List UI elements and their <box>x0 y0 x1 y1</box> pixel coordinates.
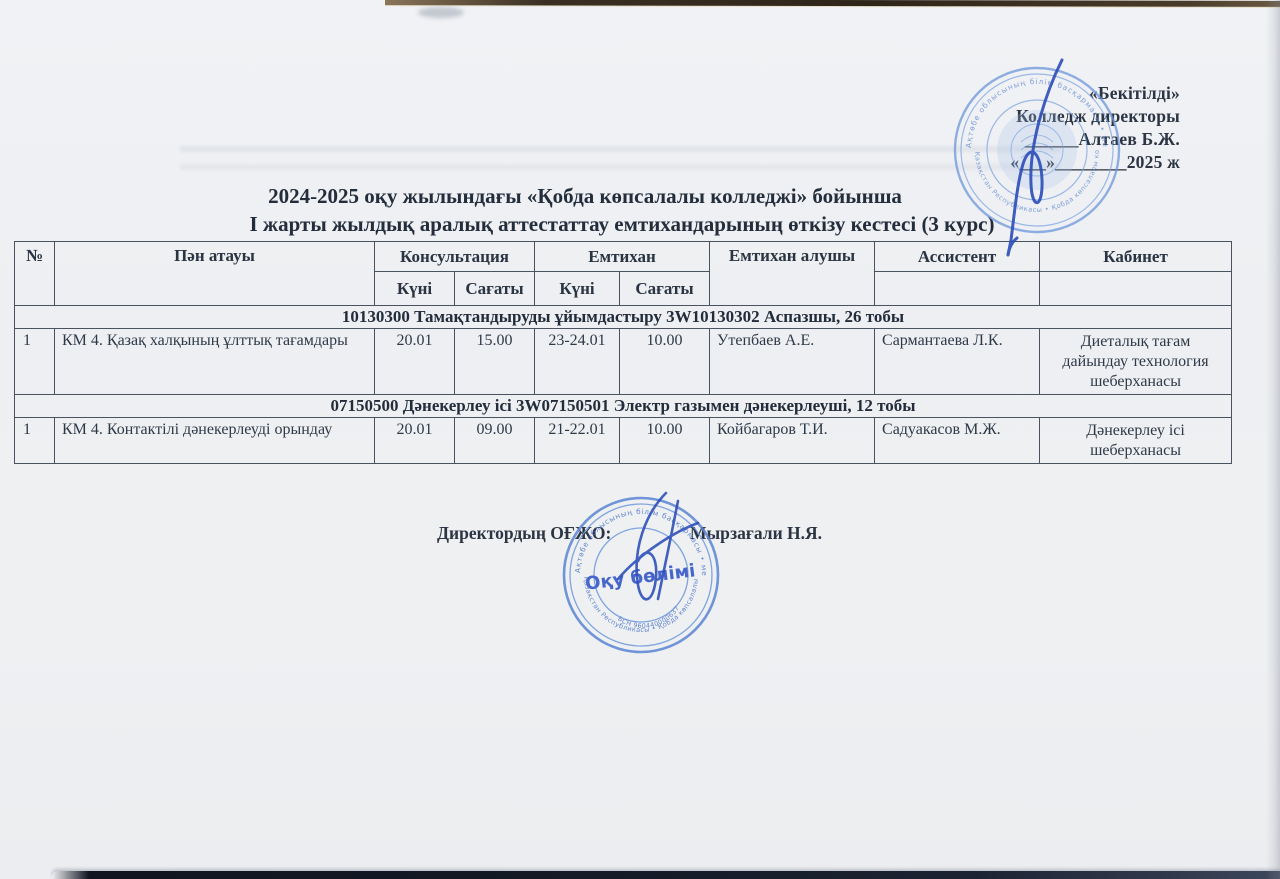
col-header-cons-hour: Сағаты <box>455 272 535 306</box>
page-fold-shadow <box>1266 0 1280 879</box>
cell-room: Дәнекерлеу ісі шеберханасы <box>1040 418 1232 464</box>
college-round-stamp: Ақтөбе облысының білім басқармасы • мемл… <box>935 52 1145 267</box>
cell-exam-hour: 10.00 <box>620 418 710 464</box>
stamp-bsn-text: БСН 960440000637 <box>616 604 681 630</box>
cell-examiner: Утепбаев А.Е. <box>710 329 875 395</box>
exam-schedule-table: № Пән атауы Консультация Емтихан Емтихан… <box>14 241 1232 464</box>
table-row: 1 КМ 4. Контактілі дәнекерлеуді орындау … <box>15 418 1232 464</box>
col-header-cons-day: Күні <box>375 272 455 306</box>
col-header-room-sub <box>1040 272 1232 306</box>
cell-cons-day: 20.01 <box>375 329 455 395</box>
cell-assistant: Сармантаева Л.К. <box>875 329 1040 395</box>
cell-cons-day: 20.01 <box>375 418 455 464</box>
col-header-num: № <box>15 242 55 306</box>
col-header-assistant-sub <box>875 272 1040 306</box>
col-header-exam: Емтихан <box>535 242 710 272</box>
svg-text:БСН 960440000637: БСН 960440000637 <box>616 604 681 630</box>
cell-exam-day: 21-22.01 <box>535 418 620 464</box>
cell-assistant: Садуакасов М.Ж. <box>875 418 1040 464</box>
cell-subject: КМ 4. Қазақ халқының ұлттық тағамдары <box>55 329 375 395</box>
section-band: 07150500 Дәнекерлеу ісі 3W07150501 Элект… <box>15 395 1232 418</box>
cell-subject: КМ 4. Контактілі дәнекерлеуді орындау <box>55 418 375 464</box>
cell-examiner: Койбагаров Т.И. <box>710 418 875 464</box>
cell-cons-hour: 15.00 <box>455 329 535 395</box>
cell-num: 1 <box>15 418 55 464</box>
table-row: 1 КМ 4. Қазақ халқының ұлттық тағамдары … <box>15 329 1232 395</box>
cell-cons-hour: 09.00 <box>455 418 535 464</box>
scanned-document-page: «Бекітілді» Колледж директоры ______Алта… <box>0 0 1280 879</box>
col-header-exam-hour: Сағаты <box>620 272 710 306</box>
cell-exam-hour: 10.00 <box>620 329 710 395</box>
photo-top-edge <box>385 0 1280 7</box>
cell-room: Диеталық тағам дайындау технология шебер… <box>1040 329 1232 395</box>
section-band: 10130300 Тамақтандыруды ұйымдастыру 3W10… <box>15 306 1232 329</box>
col-header-examiner: Емтихан алушы <box>710 242 875 306</box>
cell-num: 1 <box>15 329 55 395</box>
scan-smudge <box>418 7 464 18</box>
col-header-subject: Пән атауы <box>55 242 375 306</box>
ink-bleed-texture <box>180 138 1060 182</box>
cell-exam-day: 23-24.01 <box>535 329 620 395</box>
study-department-stamp: Ақтөбе облысының білім басқармасы • мемл… <box>548 487 738 662</box>
col-header-exam-day: Күні <box>535 272 620 306</box>
col-header-consultation: Консультация <box>375 242 535 272</box>
photo-bottom-edge <box>52 871 1280 879</box>
